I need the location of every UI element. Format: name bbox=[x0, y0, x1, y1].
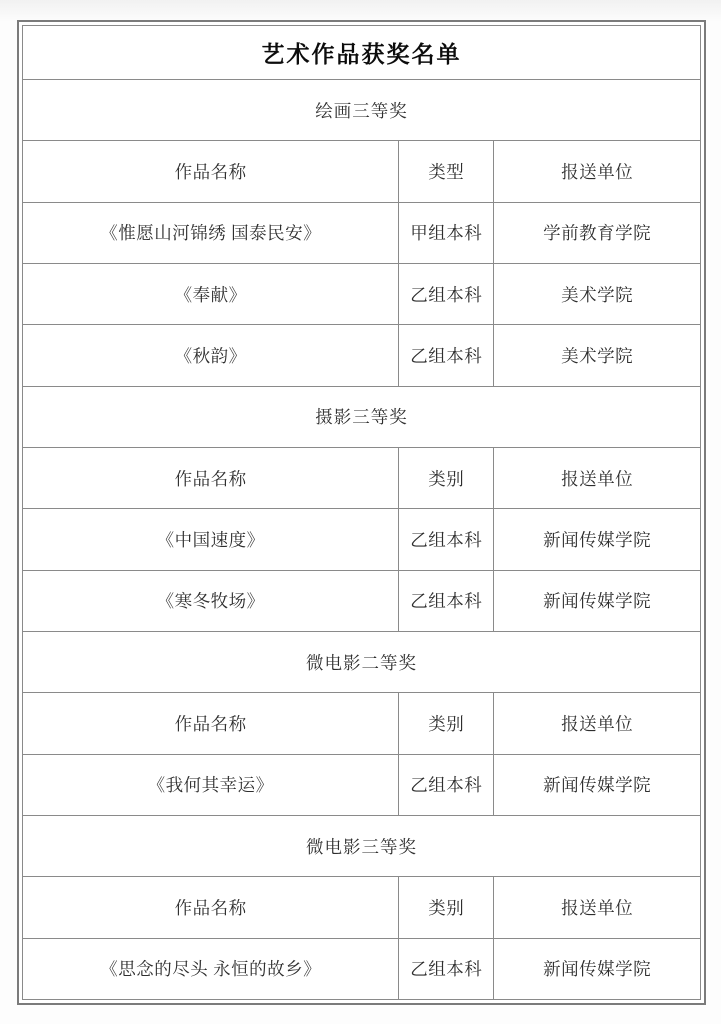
category-cell: 乙组本科 bbox=[399, 570, 494, 631]
column-header-work-title: 作品名称 bbox=[23, 141, 399, 202]
column-header-category: 类别 bbox=[399, 877, 494, 938]
awards-table-frame: 艺术作品获奖名单 绘画三等奖作品名称类型报送单位《惟愿山河锦绣 国泰民安》甲组本… bbox=[17, 20, 706, 1005]
column-header-row: 作品名称类别报送单位 bbox=[23, 877, 701, 938]
column-header-work-title: 作品名称 bbox=[23, 447, 399, 508]
unit-cell: 新闻传媒学院 bbox=[494, 509, 701, 570]
work-title-cell: 《惟愿山河锦绣 国泰民安》 bbox=[23, 202, 399, 263]
work-title-cell: 《思念的尽头 永恒的故乡》 bbox=[23, 938, 399, 999]
category-cell: 乙组本科 bbox=[399, 754, 494, 815]
awards-table: 艺术作品获奖名单 绘画三等奖作品名称类型报送单位《惟愿山河锦绣 国泰民安》甲组本… bbox=[22, 25, 701, 1000]
section-title: 绘画三等奖 bbox=[23, 80, 701, 141]
unit-cell: 新闻传媒学院 bbox=[494, 938, 701, 999]
table-row: 《惟愿山河锦绣 国泰民安》甲组本科学前教育学院 bbox=[23, 202, 701, 263]
category-cell: 乙组本科 bbox=[399, 325, 494, 386]
section-title: 微电影三等奖 bbox=[23, 815, 701, 876]
column-header-row: 作品名称类别报送单位 bbox=[23, 693, 701, 754]
column-header-row: 作品名称类别报送单位 bbox=[23, 447, 701, 508]
work-title-cell: 《寒冬牧场》 bbox=[23, 570, 399, 631]
table-row: 《奉献》乙组本科美术学院 bbox=[23, 263, 701, 324]
column-header-unit: 报送单位 bbox=[494, 693, 701, 754]
section-title-row: 微电影二等奖 bbox=[23, 631, 701, 692]
column-header-category: 类型 bbox=[399, 141, 494, 202]
column-header-unit: 报送单位 bbox=[494, 447, 701, 508]
column-header-category: 类别 bbox=[399, 693, 494, 754]
category-cell: 乙组本科 bbox=[399, 263, 494, 324]
column-header-row: 作品名称类型报送单位 bbox=[23, 141, 701, 202]
column-header-unit: 报送单位 bbox=[494, 141, 701, 202]
unit-cell: 美术学院 bbox=[494, 263, 701, 324]
table-row: 《中国速度》乙组本科新闻传媒学院 bbox=[23, 509, 701, 570]
unit-cell: 美术学院 bbox=[494, 325, 701, 386]
category-cell: 乙组本科 bbox=[399, 509, 494, 570]
category-cell: 甲组本科 bbox=[399, 202, 494, 263]
column-header-category: 类别 bbox=[399, 447, 494, 508]
page: { "page": { "background_color": "#fdfdfd… bbox=[0, 0, 721, 1024]
column-header-work-title: 作品名称 bbox=[23, 877, 399, 938]
category-cell: 乙组本科 bbox=[399, 938, 494, 999]
unit-cell: 学前教育学院 bbox=[494, 202, 701, 263]
page-title: 艺术作品获奖名单 bbox=[23, 26, 701, 80]
section-title-row: 摄影三等奖 bbox=[23, 386, 701, 447]
work-title-cell: 《中国速度》 bbox=[23, 509, 399, 570]
table-title-row: 艺术作品获奖名单 bbox=[23, 26, 701, 80]
unit-cell: 新闻传媒学院 bbox=[494, 754, 701, 815]
table-row: 《秋韵》乙组本科美术学院 bbox=[23, 325, 701, 386]
section-title: 摄影三等奖 bbox=[23, 386, 701, 447]
work-title-cell: 《秋韵》 bbox=[23, 325, 399, 386]
table-row: 《我何其幸运》乙组本科新闻传媒学院 bbox=[23, 754, 701, 815]
unit-cell: 新闻传媒学院 bbox=[494, 570, 701, 631]
section-title-row: 微电影三等奖 bbox=[23, 815, 701, 876]
work-title-cell: 《奉献》 bbox=[23, 263, 399, 324]
column-header-work-title: 作品名称 bbox=[23, 693, 399, 754]
table-row: 《寒冬牧场》乙组本科新闻传媒学院 bbox=[23, 570, 701, 631]
section-title: 微电影二等奖 bbox=[23, 631, 701, 692]
table-row: 《思念的尽头 永恒的故乡》乙组本科新闻传媒学院 bbox=[23, 938, 701, 999]
section-title-row: 绘画三等奖 bbox=[23, 80, 701, 141]
work-title-cell: 《我何其幸运》 bbox=[23, 754, 399, 815]
column-header-unit: 报送单位 bbox=[494, 877, 701, 938]
